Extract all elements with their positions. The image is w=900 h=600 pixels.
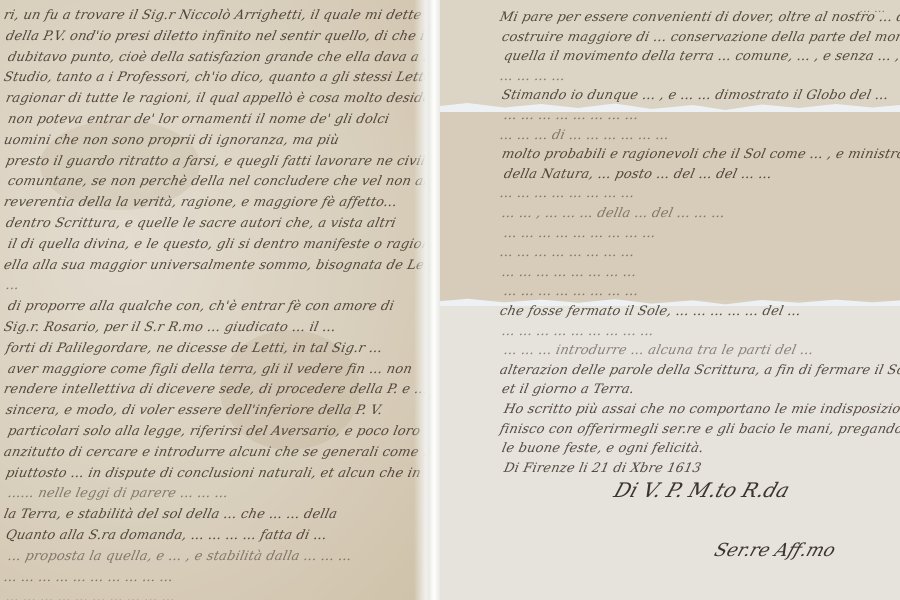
- manuscript-line: Sig.r. Rosario, per il S.r R.mo ... giud…: [2, 320, 337, 335]
- manuscript-line: rendere intellettiva di dicevere sede, d…: [2, 382, 428, 397]
- manuscript-line: sincera, e modo, di voler essere dell'in…: [4, 403, 384, 418]
- manuscript-line: ... ... ... ... ... ... ... ... ...: [500, 324, 655, 339]
- manuscript-line: ... ... , ... ... ... della ... del ... …: [500, 206, 726, 221]
- manuscript-line: della P.V. ond'io presi diletto infinito…: [4, 29, 428, 44]
- manuscript-line: ... ... ... ...: [498, 69, 566, 84]
- manuscript-line: le buone feste, e ogni felicità.: [500, 441, 705, 456]
- page-gutter: [428, 0, 440, 600]
- manuscript-line: presto il guardo ritratto a farsi, e que…: [4, 154, 428, 169]
- manuscript-line: alterazion delle parole della Scrittura,…: [498, 363, 900, 378]
- manuscript-line: ... ... ... di ... ... ... ... ... ...: [498, 128, 670, 143]
- manuscript-line: uomini che non sono proprii di ignoranza…: [2, 133, 340, 148]
- manuscript-line: ... ... ... ... ... ... ... ...: [498, 186, 636, 201]
- manuscript-line: Mi pare per essere convenienti di dover,…: [498, 10, 900, 25]
- manuscript-line: di proporre alla qualche con, ch'è entra…: [6, 299, 395, 314]
- manuscript-line: aver maggiore come figli della terra, gl…: [6, 362, 413, 377]
- manuscript-line: costruire maggiore di ... conservazione …: [500, 30, 900, 45]
- manuscript-line: che fosse fermato il Sole, ... ... ... .…: [498, 304, 802, 319]
- manuscript-line: della Natura, ... posto ... del ... del …: [502, 167, 773, 182]
- manuscript-line: ...: [4, 278, 20, 293]
- manuscript-line: Di Firenze li 21 di Xbre 1613: [502, 461, 702, 476]
- manuscript-line: ... ... ... ... ... ... ... ...: [502, 108, 640, 123]
- manuscript-line: il di quella divina, e le questo, gli si…: [6, 237, 428, 252]
- manuscript-line: molto probabili e ragionevoli che il Sol…: [500, 147, 900, 162]
- manuscript-line: comuntane, se non perchè della nel concl…: [6, 174, 428, 189]
- manuscript-line: ...... nelle leggi di parere ... ... ...: [6, 486, 229, 501]
- manuscript-line: ... ... ... ... ... ... ... ... ...: [502, 226, 657, 241]
- manuscript-line: forti di Palilegordare, ne dicesse de Le…: [4, 341, 383, 356]
- manuscript-line: reverentia della la verità, ragione, e m…: [2, 195, 398, 210]
- manuscript-line: et il giorno a Terra.: [500, 382, 635, 397]
- manuscript-line: ri, un fu a trovare il Sig.r Niccolò Arr…: [2, 8, 428, 23]
- manuscript-line: Quanto alla S.ra domanda, ... ... ... ..…: [4, 528, 328, 543]
- manuscript-line: finisco con offerirmegli ser.re e gli ba…: [498, 422, 900, 437]
- letter-signature: Ser.re Aff.mo: [712, 540, 839, 561]
- manuscript-line: piuttosto ... in dispute di conclusioni …: [4, 466, 428, 481]
- manuscript-line: ... ... ... ... ... ... ... ...: [502, 284, 640, 299]
- manuscript-line: Ho scritto più assai che no comportano l…: [502, 402, 900, 417]
- manuscript-line: non poteva entrar de' lor ornamenti il n…: [6, 112, 390, 127]
- manuscript-line: ... ... ... introdurre ... alcuna tra le…: [502, 343, 814, 358]
- manuscript-line: particolari solo alla legge, riferirsi d…: [6, 424, 421, 439]
- manuscript-line: anzitutto di cercare e introdurre alcuni…: [2, 445, 428, 460]
- manuscript-line: ragionar di tutte le ragioni, il qual ap…: [4, 91, 428, 106]
- manuscript-line: ella alla sua maggior universalmente som…: [2, 258, 428, 273]
- manuscript-line: dubitavo punto, cioè della satisfazion g…: [6, 50, 428, 65]
- manuscript-line: ... ... ... ... ... ... ... ...: [498, 245, 636, 260]
- letter-closing: Di V. P. M.to R.da: [611, 478, 793, 502]
- manuscript-line: ... ... ... ... ... ... ... ... ... ...: [4, 590, 176, 600]
- manuscript-line: ... ... ... ... ... ... ... ...: [500, 265, 638, 280]
- manuscript-line: dentro Scrittura, e quelle le sacre auto…: [4, 216, 397, 231]
- manuscript-line: ... ... ... ... ... ... ... ... ... ...: [2, 570, 174, 585]
- left-manuscript-page: ri, un fu a trovare il Sig.r Niccolò Arr…: [0, 0, 428, 600]
- manuscript-line: la Terra, e stabilità del sol della ... …: [2, 507, 338, 522]
- right-manuscript-page: ... ... Mi pare per essere convenienti d…: [440, 0, 900, 600]
- manuscript-line: Stimando io dunque ... , e ... ... dimos…: [500, 88, 889, 103]
- manuscript-line: quella il movimento della terra ... comu…: [502, 49, 900, 64]
- manuscript-line: ... proposta la quella, e ... , e stabil…: [6, 549, 353, 564]
- manuscript-line: Studio, tanto a i Professori, ch'io dico…: [2, 70, 428, 85]
